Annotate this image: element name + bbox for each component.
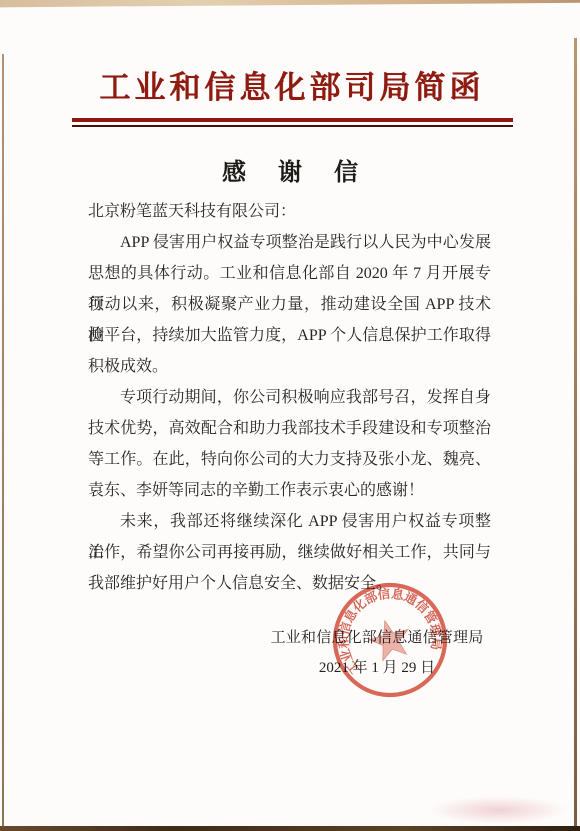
scan-edge-top xyxy=(0,0,580,7)
letterhead-rule-thin xyxy=(72,125,513,127)
signature-block: 工业和信息化部信息通信管理局 2021 年 1 月 29 日 xyxy=(270,623,484,683)
signature-org: 工业和信息化部信息通信管理局 xyxy=(270,623,484,653)
body-line: 行动以来，积极凝聚产业力量，推动建设全国 APP 技术检 xyxy=(88,289,491,320)
body-line: 技术优势，高效配合和助力我部技术手段建设和专项整治 xyxy=(88,413,491,444)
body-line: 工作，希望你公司再接再励，继续做好相关工作，共同与 xyxy=(88,537,491,568)
salutation-line: 北京粉笔蓝天科技有限公司： xyxy=(88,196,491,227)
letterhead-rule-thick xyxy=(72,118,513,122)
body-line: 我部维护好用户个人信息安全、数据安全。 xyxy=(88,568,491,599)
body-line: 思想的具体行动。工业和信息化部自 2020 年 7 月开展专项 xyxy=(88,258,491,289)
body-line: 测平台，持续加大监管力度，APP 个人信息保护工作取得 xyxy=(88,320,491,351)
scanned-letter-page: 工业和信息化部司局简函 感 谢 信 北京粉笔蓝天科技有限公司： APP 侵害用户… xyxy=(0,0,580,831)
scan-smudge xyxy=(428,796,568,824)
letter-body: 北京粉笔蓝天科技有限公司： APP 侵害用户权益专项整治是践行以人民为中心发展 … xyxy=(88,196,491,599)
letter-title: 感 谢 信 xyxy=(0,152,580,187)
letterhead-title: 工业和信息化部司局简函 xyxy=(0,62,580,107)
body-line: 袁东、李妍等同志的辛勤工作表示衷心的感谢！ xyxy=(88,475,491,506)
body-line: APP 侵害用户权益专项整治是践行以人民为中心发展 xyxy=(88,227,491,258)
body-line: 积极成效。 xyxy=(88,351,491,382)
body-line: 专项行动期间，你公司积极响应我部号召，发挥自身 xyxy=(88,382,491,413)
body-line: 未来，我部还将继续深化 APP 侵害用户权益专项整治 xyxy=(88,506,491,537)
body-line: 等工作。在此，特向你公司的大力支持及张小龙、魏亮、 xyxy=(88,444,491,475)
signature-date: 2021 年 1 月 29 日 xyxy=(270,653,484,683)
scan-edge-bottom xyxy=(0,826,580,831)
